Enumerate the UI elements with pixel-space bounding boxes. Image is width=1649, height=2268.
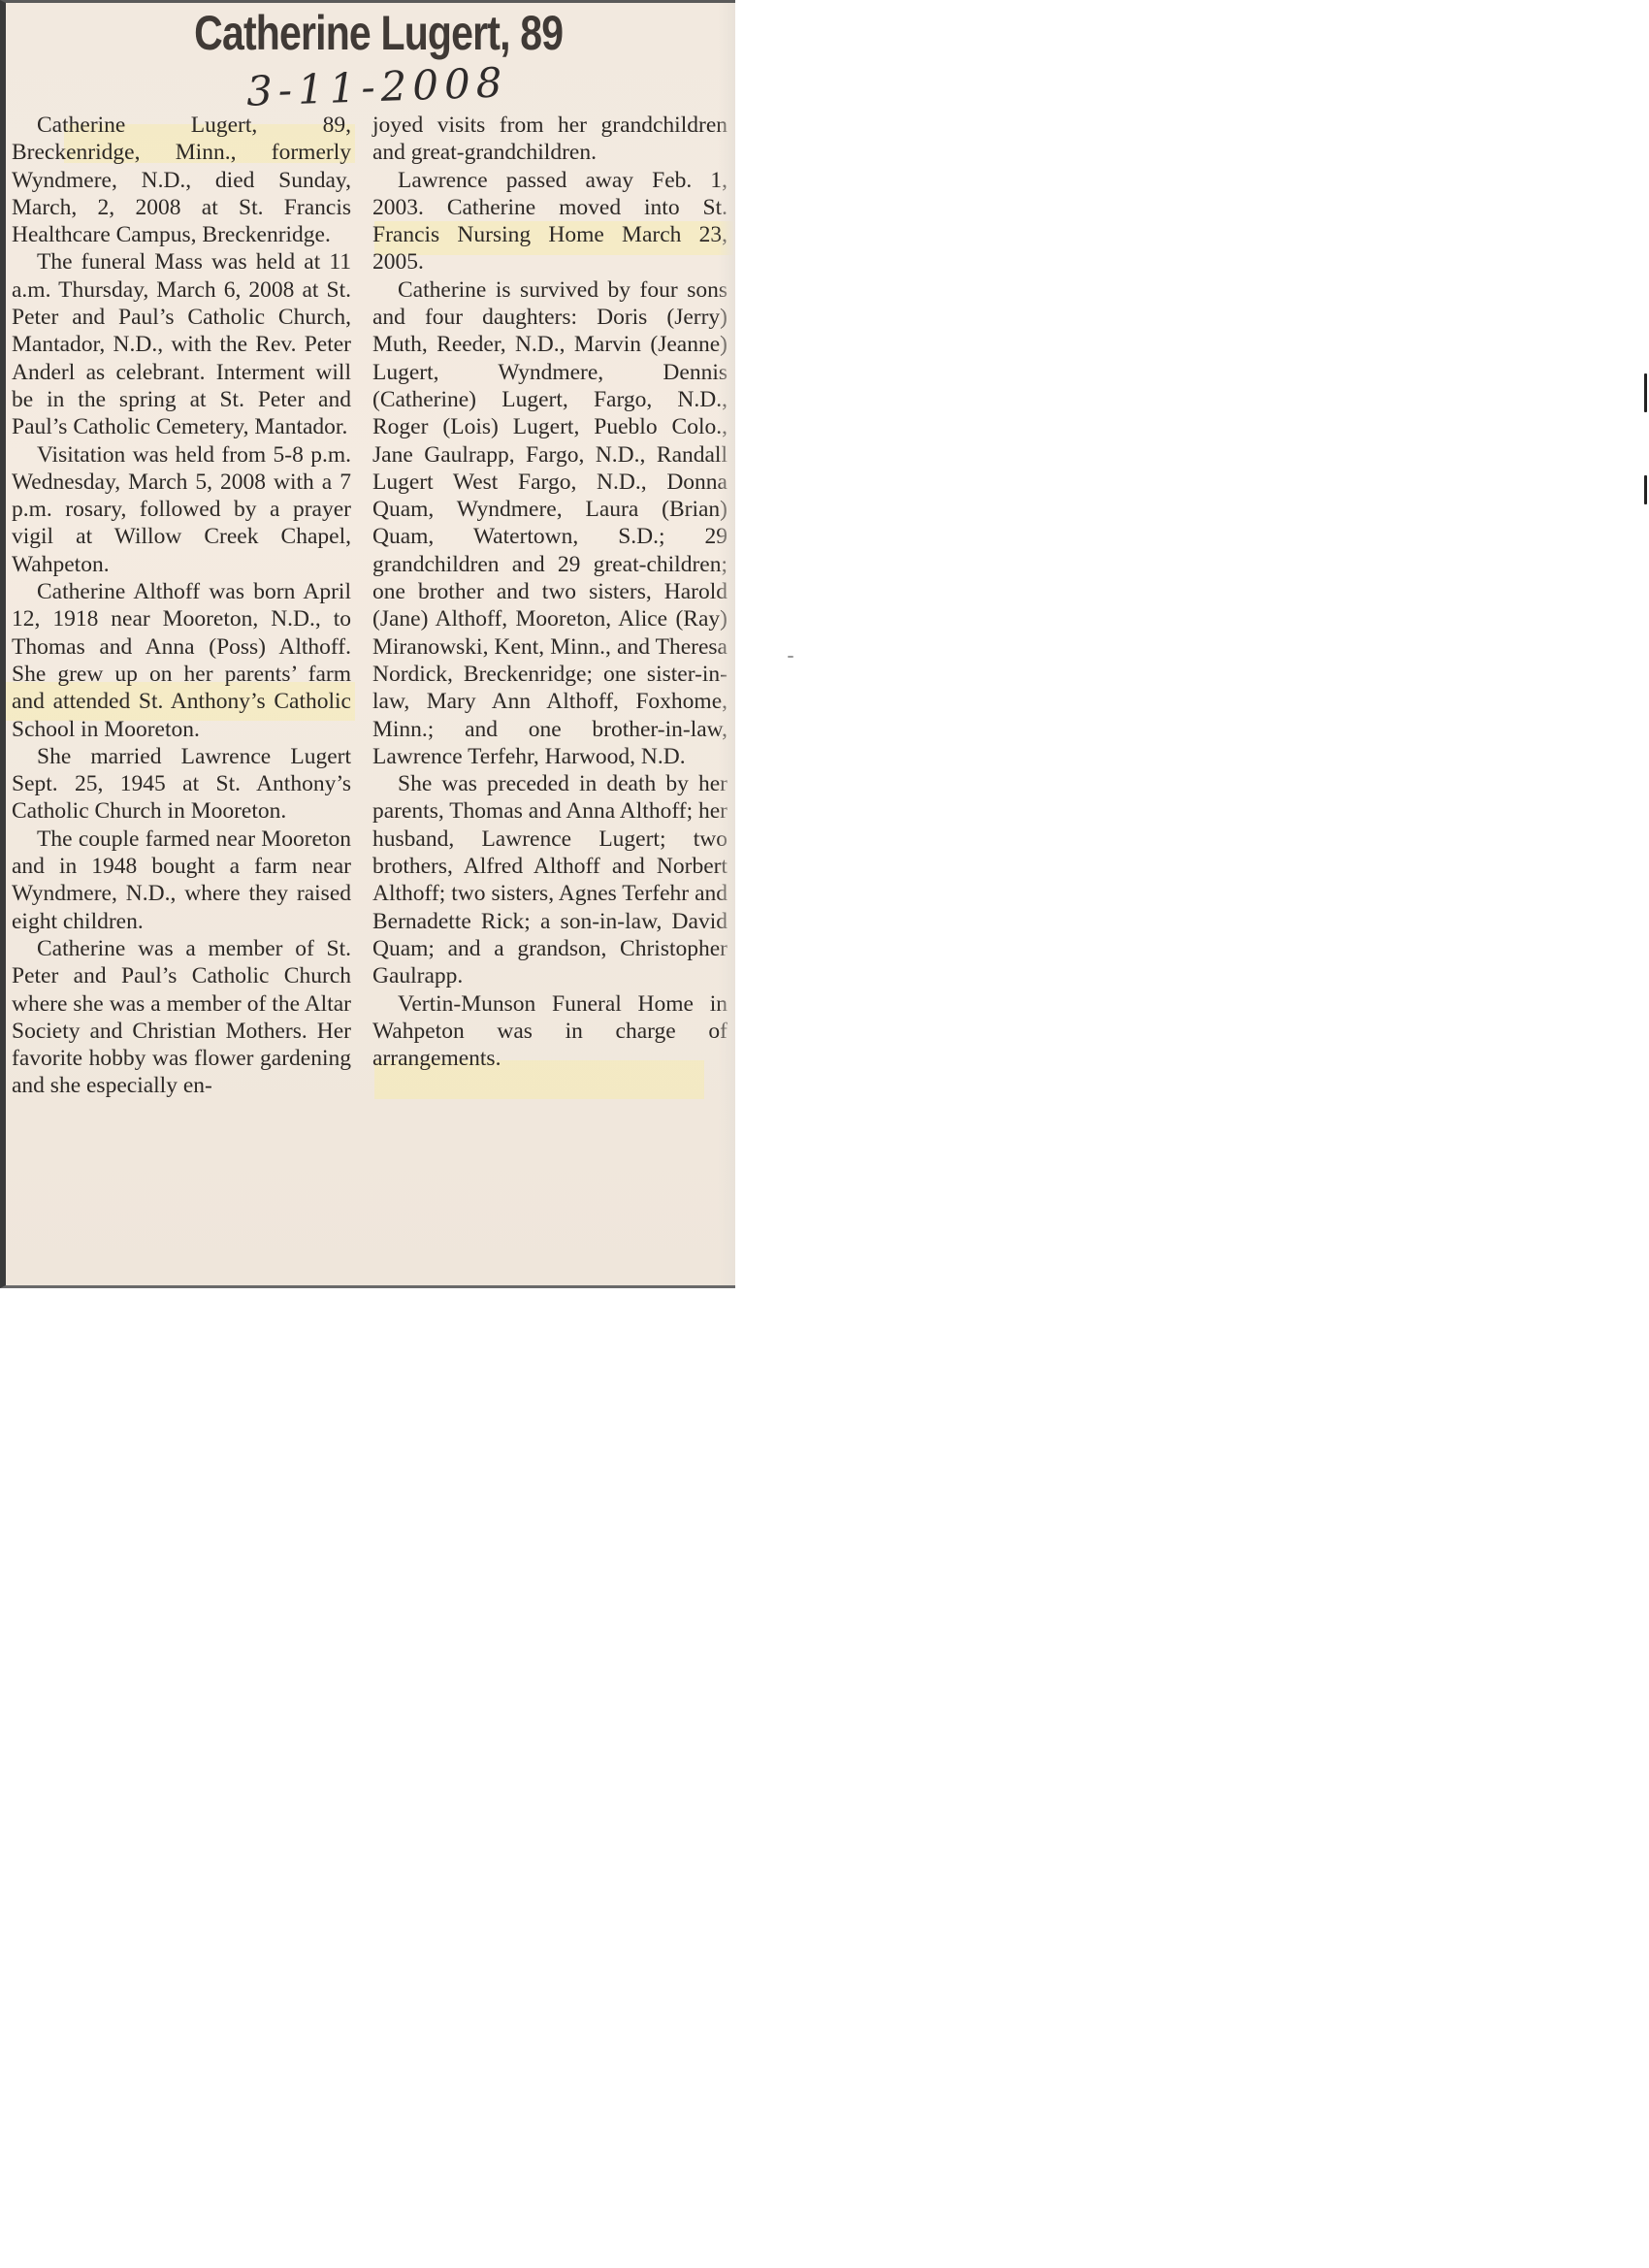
paragraph-farm: The couple farmed near Mooreton and in 1… [12, 826, 351, 935]
paragraph-marriage: She married Lawrence Lugert Sept. 25, 19… [12, 743, 351, 826]
paragraph-continuation: joyed visits from her grandchildren and … [372, 112, 727, 167]
paragraph-husband-passing: Lawrence passed away Feb. 1, 2003. Cathe… [372, 167, 727, 276]
paragraph-birth: Catherine Althoff was born April 12, 191… [12, 578, 351, 743]
scan-edge-mark [1644, 475, 1647, 504]
paragraph-arrangements: Vertin-Munson Funeral Home in Wahpeton w… [372, 990, 727, 1073]
obituary-headline: Catherine Lugert, 89 [72, 5, 670, 61]
scan-speck [788, 656, 793, 658]
right-column: joyed visits from her grandchildren and … [372, 112, 727, 1072]
paragraph-death-notice: Catherine Lugert, 89, Breckenridge, Minn… [12, 112, 351, 248]
paragraph-visitation: Visitation was held from 5-8 p.m. Wednes… [12, 441, 351, 578]
paragraph-preceded-in-death: She was preceded in death by her parents… [372, 770, 727, 989]
handwritten-date: 3-11-2008 [245, 58, 508, 114]
newspaper-clipping: Catherine Lugert, 89 3-11-2008 Catherine… [0, 0, 735, 1288]
left-column: Catherine Lugert, 89, Breckenridge, Minn… [12, 112, 351, 1100]
scan-edge-mark [1644, 373, 1647, 412]
paragraph-church-membership: Catherine was a member of St. Peter and … [12, 935, 351, 1100]
paragraph-survivors: Catherine is survived by four sons and f… [372, 276, 727, 770]
paragraph-funeral-mass: The funeral Mass was held at 11 a.m. Thu… [12, 248, 351, 440]
